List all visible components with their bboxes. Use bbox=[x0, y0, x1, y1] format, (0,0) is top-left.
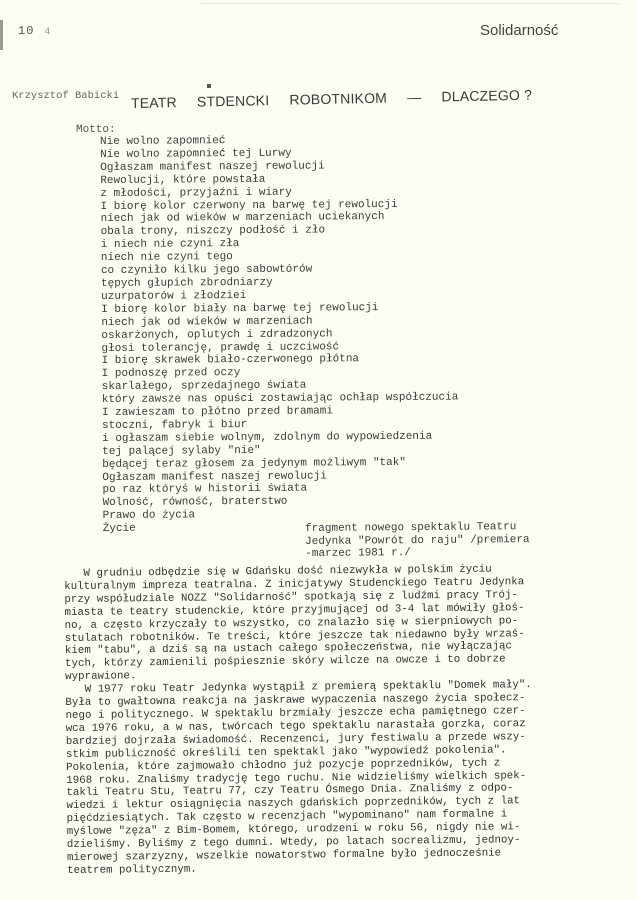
scan-edge-mark bbox=[0, 20, 3, 50]
article-author: Krzysztof Babicki bbox=[12, 90, 119, 102]
title-dash: — bbox=[407, 89, 422, 105]
motto-label: Motto: bbox=[76, 124, 116, 136]
poem-line: i ogłaszam siebie wolnym, zdolnym do wyp… bbox=[102, 430, 459, 445]
magazine-title: Solidarność bbox=[480, 22, 558, 39]
poem-source-note: fragment nowego spektaklu TeatruJedynka … bbox=[305, 521, 530, 560]
title-word: TEATR bbox=[131, 94, 177, 111]
dot-mark bbox=[207, 84, 211, 88]
title-word: ROBOTNIKOM bbox=[289, 90, 387, 108]
article-title: TEATR STDENCKI ROBOTNIKOM — DLACZEGO ? bbox=[131, 86, 548, 111]
title-word: STDENCKI bbox=[197, 92, 270, 110]
page-number: 104 bbox=[18, 24, 51, 38]
scan-top-rule bbox=[200, 3, 620, 5]
poem-line: który zawsze nas opuści zostawiając ochł… bbox=[102, 392, 459, 407]
motto-poem: Nie wolno zapomniećNie wolno zapomnieć t… bbox=[100, 134, 459, 537]
source-note-line: -marzec 1981 r./ bbox=[305, 546, 530, 560]
article-body: W grudniu odbędzie się w Gdańsku dość ni… bbox=[64, 562, 637, 878]
page-mark: 4 bbox=[44, 27, 51, 38]
title-word: DLACZEGO ? bbox=[441, 87, 532, 105]
poem-line: będącej teraz głosem za jedynym możliwym… bbox=[102, 456, 459, 471]
page-number-value: 10 bbox=[18, 24, 34, 38]
source-note-line: Jedynka "Powrót do raju" /premiera bbox=[305, 534, 530, 548]
document-page: 104 Solidarność Krzysztof Babicki TEATR … bbox=[0, 0, 637, 900]
